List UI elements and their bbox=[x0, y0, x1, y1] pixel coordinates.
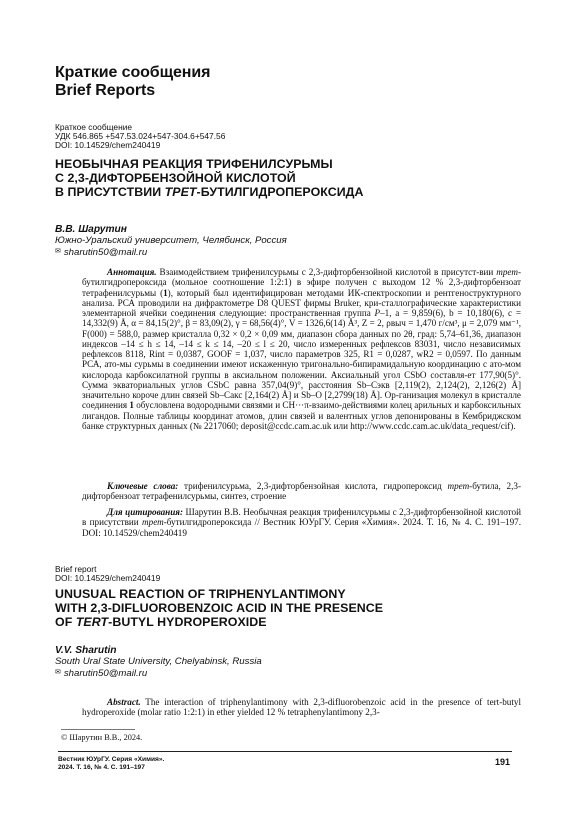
ru-keywords-italic: трет bbox=[448, 481, 470, 491]
mail-icon: ✉ bbox=[55, 669, 61, 676]
ru-keywords: Ключевые слова: трифенилсурьма, 2,3-дифт… bbox=[82, 481, 521, 502]
ru-title-line-3: В ПРИСУТСТВИИ ТРЕТ-БУТИЛГИДРОПЕРОКСИДА bbox=[55, 185, 364, 199]
footer-journal-line-1: Вестник ЮУрГУ. Серия «Химия». bbox=[58, 756, 164, 764]
mail-icon: ✉ bbox=[55, 248, 61, 255]
en-article-title: UNUSUAL REACTION OF TRIPHENYLANTIMONY WI… bbox=[55, 587, 383, 629]
ru-citation: Для цитирования: Шарутин В.В. Необычная … bbox=[82, 507, 521, 538]
copyright-note: © Шарутин В.В., 2024. bbox=[61, 733, 142, 742]
ru-abstract: Аннотация. Взаимодействием трифенилсурьм… bbox=[82, 267, 521, 431]
ru-affiliation: Южно-Уральский университет, Челябинск, Р… bbox=[55, 235, 287, 246]
en-title-line-3-post: -BUTYL HYDROPEROXIDE bbox=[108, 615, 266, 629]
ru-title-line-3-post: -БУТИЛГИДРОПЕРОКСИДА bbox=[197, 185, 364, 199]
footnote-divider bbox=[61, 729, 135, 730]
ru-author-block: В.В. Шарутин Южно-Уральский университет,… bbox=[55, 224, 287, 258]
ru-keywords-label: Ключевые слова: bbox=[107, 481, 178, 491]
en-abstract-text: The interaction of triphenylantimony wit… bbox=[82, 697, 521, 717]
section-heading: Краткие сообщения Brief Reports bbox=[55, 64, 210, 100]
ru-email-link[interactable]: sharutin50@mail.ru bbox=[64, 247, 147, 258]
en-email-link[interactable]: sharutin50@mail.ru bbox=[64, 668, 147, 679]
ru-title-line-1: НЕОБЫЧНАЯ РЕАКЦИЯ ТРИФЕНИЛСУРЬМЫ bbox=[55, 157, 364, 171]
ru-abstract-italic: трет bbox=[496, 267, 518, 277]
footer-journal-info: Вестник ЮУрГУ. Серия «Химия». 2024. Т. 1… bbox=[58, 756, 164, 772]
en-abstract: Abstract. The interaction of triphenylan… bbox=[82, 697, 521, 718]
ru-doi: DOI: 10.14529/chem240419 bbox=[55, 141, 225, 150]
en-author-block: V.V. Sharutin South Ural State Universit… bbox=[55, 645, 262, 679]
en-abstract-label: Abstract. bbox=[107, 697, 141, 707]
en-email-line: ✉sharutin50@mail.ru bbox=[55, 667, 262, 679]
ru-abstract-text: Взаимодействием трифенилсурьмы с 2,3-диф… bbox=[157, 267, 497, 277]
en-article-meta: Brief report DOI: 10.14529/chem240419 bbox=[55, 565, 160, 583]
en-title-line-3: OF TERT-BUTYL HYDROPEROXIDE bbox=[55, 615, 383, 629]
footer-divider bbox=[58, 751, 512, 752]
ru-keywords-text: трифенилсурьма, 2,3-дифторбензойная кисл… bbox=[178, 481, 447, 491]
ru-article-meta: Краткое сообщение УДК 546.865 +547.53.02… bbox=[55, 123, 225, 151]
section-heading-en: Brief Reports bbox=[55, 82, 210, 100]
ru-article-title: НЕОБЫЧНАЯ РЕАКЦИЯ ТРИФЕНИЛСУРЬМЫ С 2,3-Д… bbox=[55, 157, 364, 199]
en-title-line-1: UNUSUAL REACTION OF TRIPHENYLANTIMONY bbox=[55, 587, 383, 601]
ru-abstract-text: обусловлена водородными связями и CH···π… bbox=[82, 400, 521, 431]
ru-abstract-text: –1, bbox=[380, 308, 395, 318]
ru-email-line: ✉sharutin50@mail.ru bbox=[55, 246, 287, 258]
en-affiliation: South Ural State University, Chelyabinsk… bbox=[55, 656, 262, 667]
ru-title-line-2: С 2,3-ДИФТОРБЕНЗОЙНОЙ КИСЛОТОЙ bbox=[55, 171, 364, 185]
en-author-name: V.V. Sharutin bbox=[55, 645, 262, 656]
citation-italic: трет bbox=[142, 517, 164, 527]
page-number: 191 bbox=[495, 757, 510, 767]
ru-author-name: В.В. Шарутин bbox=[55, 224, 287, 235]
citation-label: Для цитирования: bbox=[107, 507, 183, 517]
section-heading-ru: Краткие сообщения bbox=[55, 64, 210, 82]
ru-abstract-label: Аннотация. bbox=[107, 267, 157, 277]
ru-title-line-3-italic: ТРЕТ bbox=[165, 185, 197, 199]
en-title-line-2: WITH 2,3-DIFLUOROBENZOIC ACID IN THE PRE… bbox=[55, 601, 383, 615]
ru-title-line-3-pre: В ПРИСУТСТВИИ bbox=[55, 185, 165, 199]
en-title-line-3-italic: TERT bbox=[76, 615, 108, 629]
en-title-line-3-pre: OF bbox=[55, 615, 76, 629]
footer-journal-line-2: 2024. Т. 16, № 4. С. 191–197 bbox=[58, 764, 164, 772]
en-doi: DOI: 10.14529/chem240419 bbox=[55, 574, 160, 583]
